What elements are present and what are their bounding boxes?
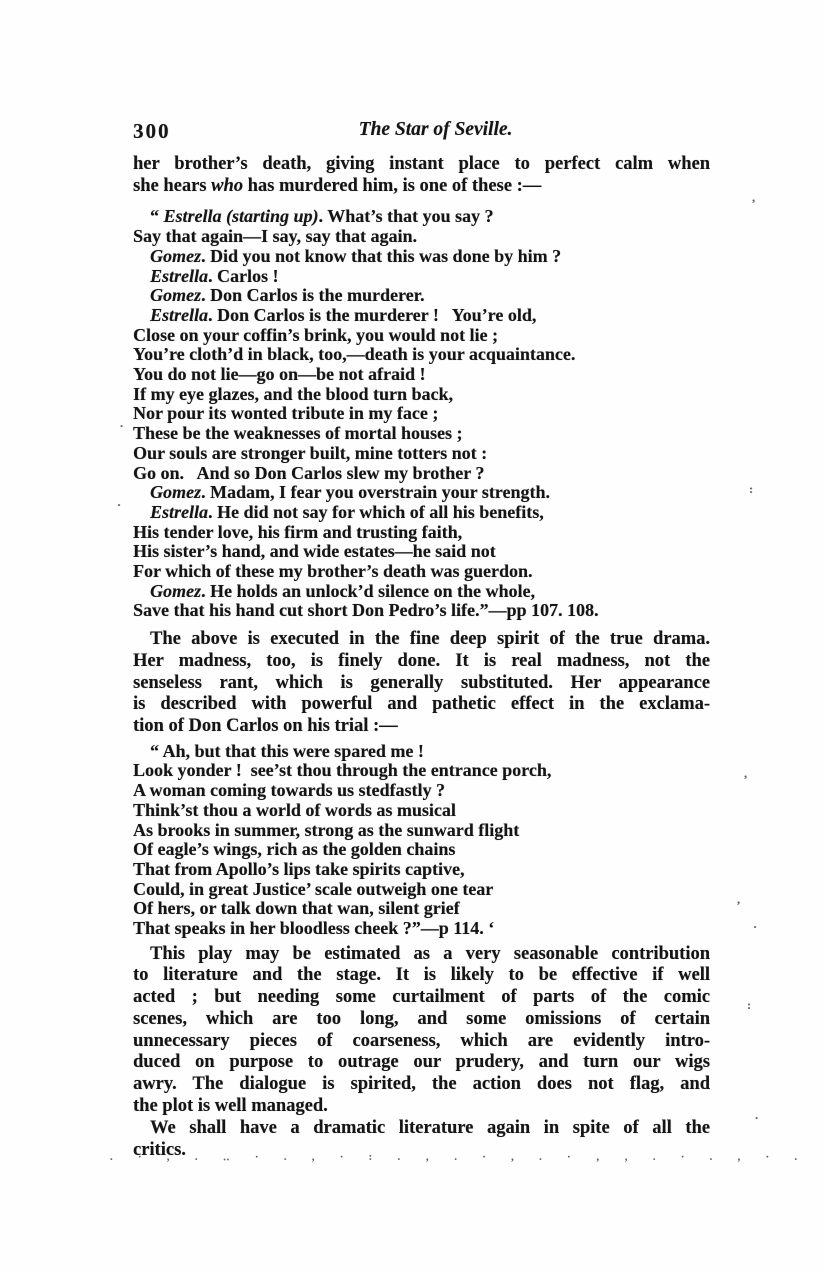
text-line: unnecessary pieces of coarseness, which …	[133, 1031, 710, 1053]
text-line: Our souls are stronger built, mine totte…	[133, 444, 710, 464]
text-line: senseless rant, which is generally subst…	[133, 673, 710, 695]
scan-speck: .	[755, 1108, 758, 1123]
verse-quote-block: “ Ah, but that this were spared me !Look…	[133, 742, 710, 939]
text-line: Gomez. Did you not know that this was do…	[133, 247, 710, 267]
text-line: Nor pour its wonted tribute in my face ;	[133, 404, 710, 424]
text-line: Estrella. He did not say for which of al…	[133, 503, 710, 523]
text-line: Of eagle’s wings, rich as the golden cha…	[133, 840, 710, 860]
text-line: We shall have a dramatic literature agai…	[133, 1118, 710, 1140]
text-line: Close on your coffin’s brink, you would …	[133, 326, 710, 346]
text-line: You’re cloth’d in black, too,—death is y…	[133, 345, 710, 365]
page-header: 300 The Star of Seville.	[133, 0, 710, 142]
page-body: her brother’s death, giving instant plac…	[133, 154, 710, 1162]
text-line: Estrella. Carlos !	[133, 267, 710, 287]
scan-speck: :	[747, 998, 751, 1013]
scan-speck: ·	[117, 498, 121, 513]
text-line: Go on. And so Don Carlos slew my brother…	[133, 464, 710, 484]
text-line: His sister’s hand, and wide estates—he s…	[133, 542, 710, 562]
text-line: Her madness, too, is finely done. It is …	[133, 651, 710, 673]
text-line: the plot is well managed.	[133, 1096, 710, 1118]
scan-noise-row: . · , . ‥ · . , · : . ‚ . · , . · ‚ , . …	[110, 1152, 755, 1163]
text-line: duced on purpose to outrage our prudery,…	[133, 1052, 710, 1074]
scan-speck: ,	[737, 892, 740, 907]
text-line: Think’st thou a world of words as musica…	[133, 801, 710, 821]
prose-paragraph: This play may be estimated as a very sea…	[133, 944, 710, 1118]
text-line: Estrella. Don Carlos is the murderer ! Y…	[133, 306, 710, 326]
text-line: to literature and the stage. It is likel…	[133, 965, 710, 987]
prose-paragraph: The above is executed in the fine deep s…	[133, 629, 710, 738]
text-line: The above is executed in the fine deep s…	[133, 629, 710, 651]
scanned-book-page: 300 The Star of Seville. her brother’s d…	[0, 0, 823, 1272]
text-line: You do not lie—go on—be not afraid !	[133, 365, 710, 385]
text-line: That from Apollo’s lips take spirits cap…	[133, 860, 710, 880]
text-line: Of hers, or talk down that wan, silent g…	[133, 899, 710, 919]
verse-quote-block: “ Estrella (starting up). What’s that yo…	[133, 207, 710, 621]
scan-speck: ·	[753, 920, 757, 935]
text-line: His tender love, his firm and trusting f…	[133, 523, 710, 543]
scan-speck: .	[120, 416, 123, 431]
text-line: That speaks in her bloodless cheek ?”—p …	[133, 919, 710, 939]
scan-speck: :	[749, 482, 753, 497]
text-line: As brooks in summer, strong as the sunwa…	[133, 821, 710, 841]
text-line: “ Estrella (starting up). What’s that yo…	[133, 207, 710, 227]
text-line: awry. The dialogue is spirited, the acti…	[133, 1074, 710, 1096]
text-line: Say that again—I say, say that again.	[133, 227, 710, 247]
text-line: Gomez. Don Carlos is the murderer.	[133, 286, 710, 306]
text-line: acted ; but needing some curtailment of …	[133, 987, 710, 1009]
text-line: A woman coming towards us stedfastly ?	[133, 781, 710, 801]
text-line: Gomez. Madam, I fear you overstrain your…	[133, 483, 710, 503]
prose-paragraph: her brother’s death, giving instant plac…	[133, 154, 710, 197]
scan-speck: ,	[744, 766, 747, 781]
text-line: These be the weaknesses of mortal houses…	[133, 424, 710, 444]
text-line: scenes, which are too long, and some omi…	[133, 1009, 710, 1031]
text-line: Save that his hand cut short Don Pedro’s…	[133, 601, 710, 621]
text-line: “ Ah, but that this were spared me !	[133, 742, 710, 762]
running-title: The Star of Seville.	[147, 118, 724, 142]
text-line: Gomez. He holds an unlock’d silence on t…	[133, 582, 710, 602]
scan-speck: ,	[752, 190, 755, 205]
text-line: This play may be estimated as a very sea…	[133, 944, 710, 966]
text-line: Look yonder ! see’st thou through the en…	[133, 761, 710, 781]
text-line: is described with powerful and pathetic …	[133, 694, 710, 716]
text-line: tion of Don Carlos on his trial :—	[133, 716, 710, 738]
text-line: If my eye glazes, and the blood turn bac…	[133, 385, 710, 405]
text-line: Could, in great Justice’ scale outweigh …	[133, 880, 710, 900]
text-line: For which of these my brother’s death wa…	[133, 562, 710, 582]
text-line: her brother’s death, giving instant plac…	[133, 154, 710, 176]
text-line: she hears who has murdered him, is one o…	[133, 176, 710, 198]
